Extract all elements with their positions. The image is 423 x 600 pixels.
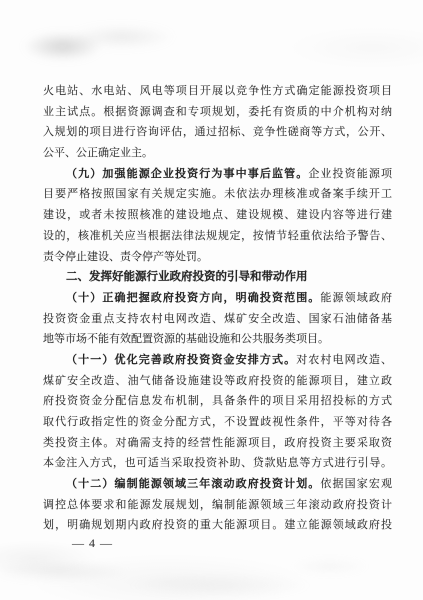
text-line: 本金注入方式，也可适当采取投资补助、贷款贴息等方式进行引导。 bbox=[43, 453, 392, 474]
scanned-document-page: 火电站、水电站、风电等项目开展以竞争性方式确定能源投资项目业主试点。根据资源调查… bbox=[0, 0, 423, 600]
text-line: 业主试点。根据资源调查和专项规划，委托有资质的中介机构对纳 bbox=[43, 102, 392, 123]
document-body: 火电站、水电站、风电等项目开展以竞争性方式确定能源投资项目业主试点。根据资源调查… bbox=[43, 81, 392, 536]
text-line: 煤矿安全改造、油气储备设施建设等政府投资的能源项目，建立政 bbox=[43, 371, 392, 392]
text-line: 入规划的项目进行咨询评估，通过招标、竞争性磋商等方式，公开、 bbox=[43, 122, 392, 143]
bold-text-run: （十一）优化完善政府投资资金安排方式。 bbox=[66, 354, 296, 366]
text-line: 府投资资金分配信息发布机制，具备条件的项目采用招投标的方式 bbox=[43, 391, 392, 412]
text-run: 责令停止建设、责令停产等处罚。 bbox=[43, 251, 208, 263]
scan-noise-bottom bbox=[0, 552, 423, 600]
text-run: 投资资金重点支持农村电网改造、煤矿安全改造、国家石油储备基 bbox=[43, 313, 392, 325]
text-run: 调控总体要求和能源发展规划，编制能源领域三年滚动政府投资计 bbox=[43, 499, 392, 511]
text-line: 公平、公正确定业主。 bbox=[43, 143, 392, 164]
text-run: 依据国家宏观 bbox=[320, 478, 392, 490]
text-run: 入规划的项目进行咨询评估，通过招标、竞争性磋商等方式，公开、 bbox=[43, 126, 392, 138]
text-run: 业主试点。根据资源调查和专项规划，委托有资质的中介机构对纳 bbox=[43, 106, 392, 118]
page-number: — 4 — bbox=[72, 536, 113, 551]
bold-text-run: 二、发挥好能源行业政府投资的引导和带动作用 bbox=[66, 271, 308, 283]
text-line: 责令停止建设、责令停产等处罚。 bbox=[43, 247, 392, 268]
text-run: 建设，或者未按照核准的建设地点、建设规模、建设内容等进行建 bbox=[43, 209, 392, 221]
text-line: 设的，核准机关应当根据法律法规规定，按情节轻重依法给予警告、 bbox=[43, 226, 392, 247]
text-run: 府投资资金分配信息发布机制，具备条件的项目采用招投标的方式 bbox=[43, 395, 392, 407]
text-line: 火电站、水电站、风电等项目开展以竞争性方式确定能源投资项目 bbox=[43, 81, 392, 102]
text-run: 目要严格按照国家有关规定实施。未依法办理核准或备案手续开工 bbox=[43, 188, 392, 200]
text-run: 企业投资能源项 bbox=[308, 168, 392, 180]
text-run: 类投资主体。对确需支持的经营性能源项目，政府投资主要采取资 bbox=[43, 437, 392, 449]
bold-text-run: （十）正确把握政府投资方向，明确投资范围。 bbox=[66, 292, 320, 304]
text-run: 对农村电网改造、 bbox=[296, 354, 392, 366]
text-run: 划，明确规划期内政府投资的重大能源项目。建立能源领域政府投 bbox=[43, 519, 392, 531]
text-line: 类投资主体。对确需支持的经营性能源项目，政府投资主要采取资 bbox=[43, 433, 392, 454]
text-run: 火电站、水电站、风电等项目开展以竞争性方式确定能源投资项目 bbox=[43, 85, 392, 97]
text-line: （十一）优化完善政府投资资金安排方式。对农村电网改造、 bbox=[43, 350, 392, 371]
text-run: 本金注入方式，也可适当采取投资补助、贷款贴息等方式进行引导。 bbox=[43, 457, 392, 469]
bold-text-run: （十二）编制能源领域三年滚动政府投资计划。 bbox=[66, 478, 320, 490]
text-run: 设的，核准机关应当根据法律法规规定，按情节轻重依法给予警告、 bbox=[43, 230, 392, 242]
text-line: （九）加强能源企业投资行为事中事后监管。企业投资能源项 bbox=[43, 164, 392, 185]
text-run: 能源领域政府 bbox=[320, 292, 392, 304]
bold-text-run: （九）加强能源企业投资行为事中事后监管。 bbox=[66, 168, 308, 180]
text-run: 地等市场不能有效配置资源的基础设施和公共服务类项目。 bbox=[43, 333, 329, 345]
text-run: 公平、公正确定业主。 bbox=[43, 147, 153, 159]
text-line: 地等市场不能有效配置资源的基础设施和公共服务类项目。 bbox=[43, 329, 392, 350]
section-heading-line: 二、发挥好能源行业政府投资的引导和带动作用 bbox=[43, 267, 392, 288]
text-line: （十）正确把握政府投资方向，明确投资范围。能源领域政府 bbox=[43, 288, 392, 309]
text-line: 划，明确规划期内政府投资的重大能源项目。建立能源领域政府投 bbox=[43, 515, 392, 536]
text-line: （十二）编制能源领域三年滚动政府投资计划。依据国家宏观 bbox=[43, 474, 392, 495]
text-line: 建设，或者未按照核准的建设地点、建设规模、建设内容等进行建 bbox=[43, 205, 392, 226]
text-line: 投资资金重点支持农村电网改造、煤矿安全改造、国家石油储备基 bbox=[43, 309, 392, 330]
text-line: 取代行政指定性的资金分配方式，不设置歧视性条件，平等对待各 bbox=[43, 412, 392, 433]
text-line: 调控总体要求和能源发展规划，编制能源领域三年滚动政府投资计 bbox=[43, 495, 392, 516]
text-run: 煤矿安全改造、油气储备设施建设等政府投资的能源项目，建立政 bbox=[43, 375, 392, 387]
scan-smudge-top-left bbox=[18, 20, 178, 68]
text-line: 目要严格按照国家有关规定实施。未依法办理核准或备案手续开工 bbox=[43, 184, 392, 205]
text-run: 取代行政指定性的资金分配方式，不设置歧视性条件，平等对待各 bbox=[43, 416, 392, 428]
